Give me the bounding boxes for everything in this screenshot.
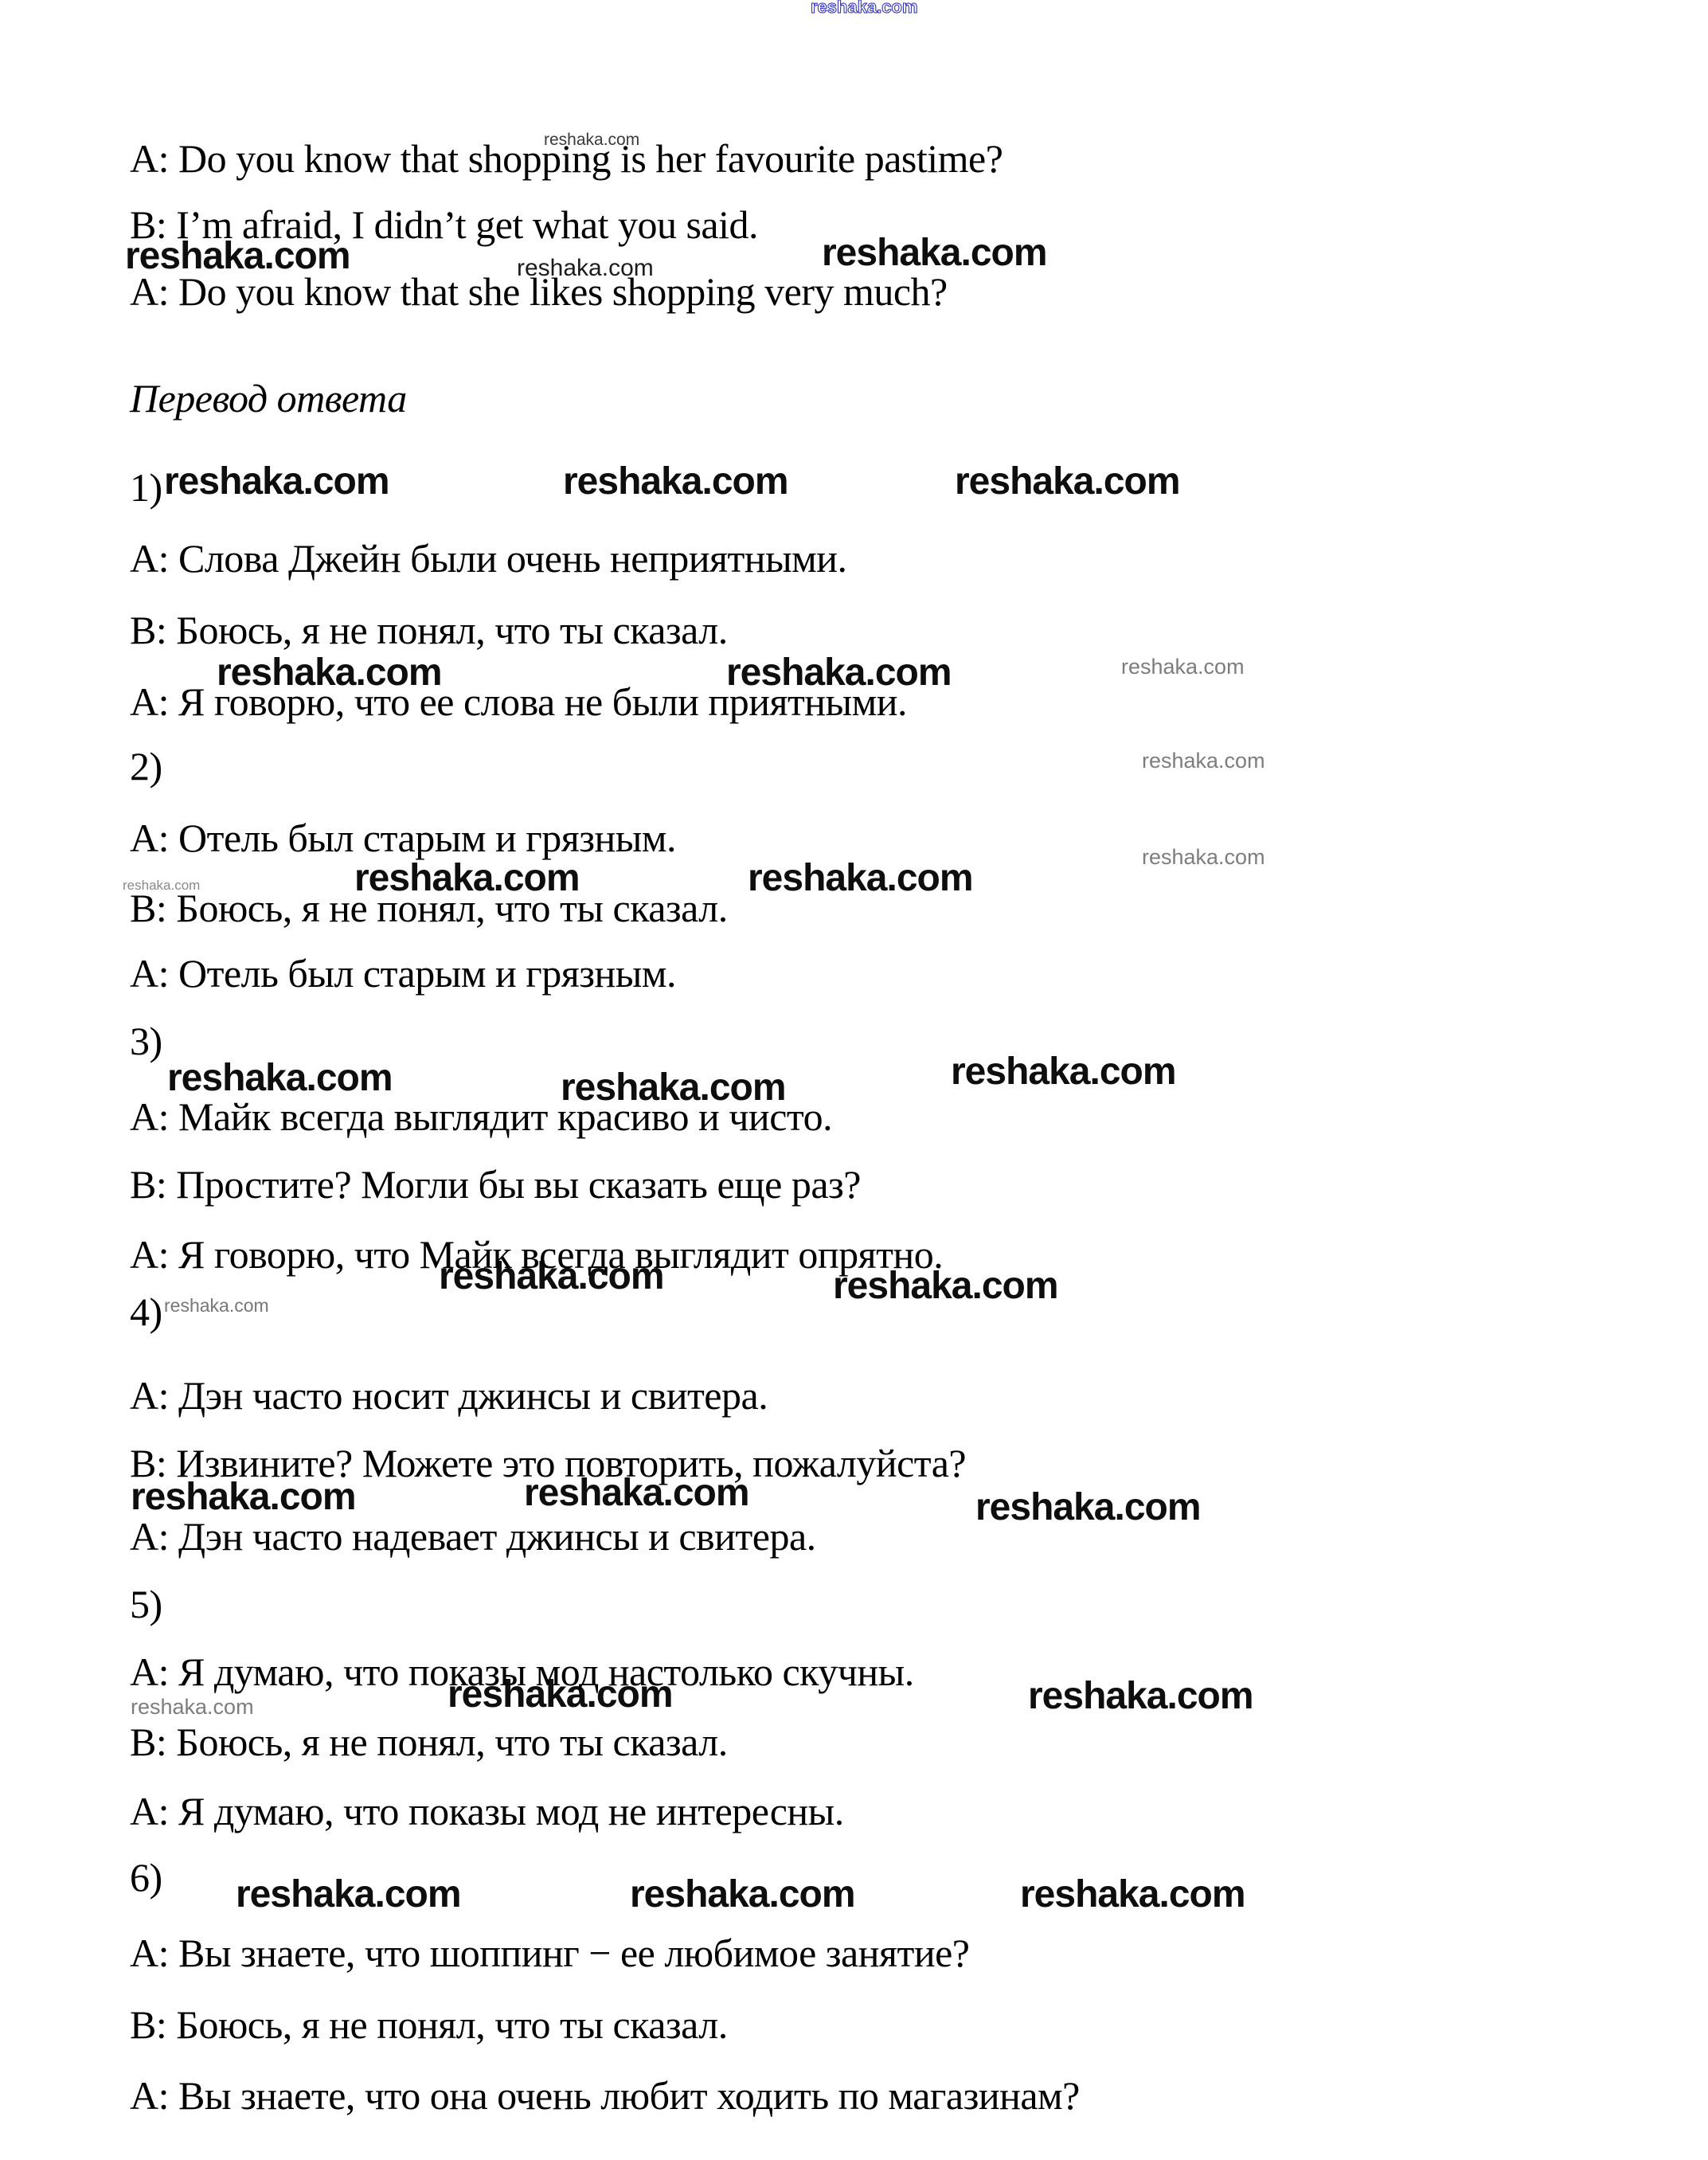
dialogue-line-b: В: Простите? Могли бы вы сказать еще раз…	[130, 1163, 861, 1207]
watermark-reshaka: reshaka.com	[167, 1059, 393, 1098]
dialogue-line-a2: А: Я говорю, что ее слова не были приятн…	[130, 680, 907, 724]
dialogue-line-a: А: Вы знаете, что шоппинг − ее любимое з…	[130, 1931, 969, 1975]
dialogue-line-a: А: Майк всегда выглядит красиво и чисто.	[130, 1095, 832, 1139]
watermark-reshaka: reshaka.com	[1142, 750, 1265, 772]
dialogue-line-a: A: Do you know that shopping is her favo…	[130, 137, 1003, 181]
dialogue-line-a: А: Я думаю, что показы мод настолько ску…	[130, 1650, 914, 1694]
dialogue-line-b: В: Боюсь, я не понял, что ты сказал.	[130, 1720, 728, 1764]
dialogue-line-b: В: Боюсь, я не понял, что ты сказал.	[130, 886, 728, 930]
dialogue-line-a2: А: Дэн часто надевает джинсы и свитера.	[130, 1515, 816, 1559]
dialogue-line-a: А: Отель был старым и грязным.	[130, 816, 676, 860]
section-number: 1)	[130, 466, 162, 510]
translation-heading: Перевод ответа	[130, 377, 407, 421]
watermark-reshaka: reshaka.com	[563, 463, 788, 501]
dialogue-line-a2: А: Я думаю, что показы мод не интересны.	[130, 1790, 844, 1833]
watermark-reshaka: reshaka.com	[811, 0, 918, 16]
dialogue-line-b: B: I’m afraid, I didn’t get what you sai…	[130, 203, 758, 247]
dialogue-line-a: А: Дэн часто носит джинсы и свитера.	[130, 1374, 768, 1418]
watermark-reshaka: reshaka.com	[822, 234, 1047, 272]
watermark-reshaka: reshaka.com	[955, 463, 1180, 501]
section-number: 4)	[130, 1290, 162, 1334]
section-number: 5)	[130, 1583, 162, 1626]
dialogue-line-b: В: Боюсь, я не понял, что ты сказал.	[130, 2003, 728, 2047]
dialogue-line-a: А: Слова Джейн были очень неприятными.	[130, 537, 847, 581]
watermark-reshaka: reshaka.com	[951, 1053, 1176, 1091]
dialogue-line-b: В: Извините? Можете это повторить, пожал…	[130, 1442, 966, 1485]
dialogue-line-a2: А: Отель был старым и грязным.	[130, 952, 676, 996]
section-number: 3)	[130, 1019, 162, 1063]
dialogue-line-a2: А: Я говорю, что Майк всегда выглядит оп…	[130, 1233, 943, 1277]
watermark-reshaka: reshaka.com	[131, 1696, 254, 1718]
watermark-reshaka: reshaka.com	[1020, 1876, 1245, 1914]
section-number: 6)	[130, 1856, 162, 1900]
watermark-reshaka: reshaka.com	[1142, 847, 1265, 868]
watermark-reshaka: reshaka.com	[630, 1876, 855, 1914]
dialogue-line-a2: А: Вы знаете, что она очень любит ходить…	[130, 2074, 1080, 2118]
watermark-reshaka: reshaka.com	[975, 1489, 1201, 1527]
watermark-reshaka: reshaka.com	[748, 859, 973, 898]
document-page: reshaka.com reshaka.com reshaka.com resh…	[0, 0, 1708, 2160]
watermark-reshaka: reshaka.com	[1028, 1677, 1253, 1716]
watermark-reshaka: reshaka.com	[1121, 656, 1245, 678]
dialogue-line-b: В: Боюсь, я не понял, что ты сказал.	[130, 608, 728, 652]
dialogue-line-a2: A: Do you know that she likes shopping v…	[130, 270, 948, 314]
section-number: 2)	[130, 745, 162, 788]
watermark-reshaka: reshaka.com	[236, 1876, 461, 1914]
watermark-reshaka: reshaka.com	[164, 463, 389, 501]
watermark-reshaka: reshaka.com	[164, 1297, 269, 1315]
